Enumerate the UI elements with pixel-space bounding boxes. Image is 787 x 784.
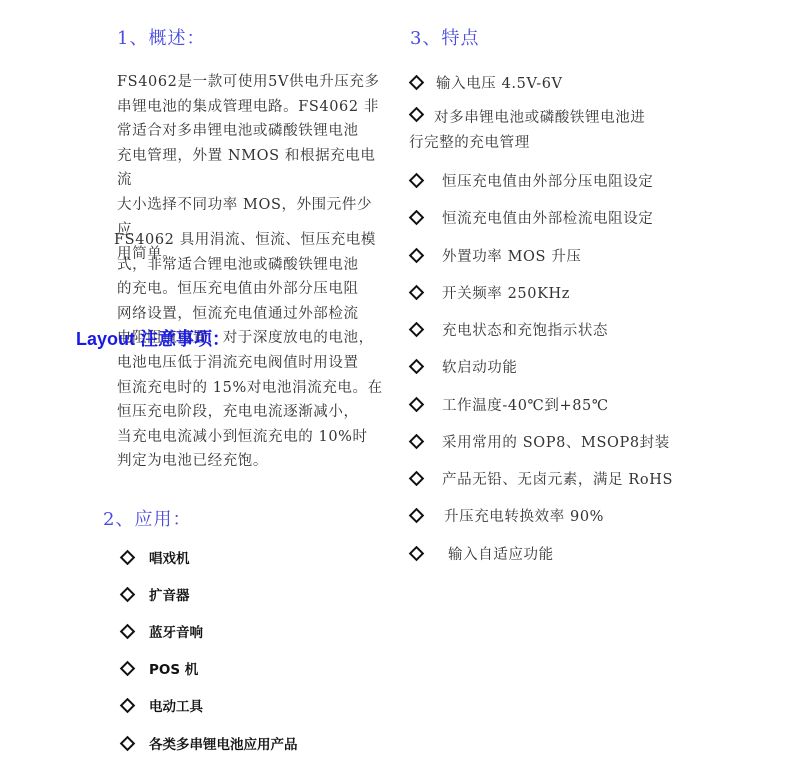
diamond-bullet-icon xyxy=(409,248,425,264)
feature-label: 外置功率 MOS 升压 xyxy=(442,245,582,266)
application-label: 蓝牙音响 xyxy=(149,621,203,641)
diamond-bullet-icon xyxy=(409,434,425,450)
diamond-bullet-icon xyxy=(409,546,425,562)
feature-label: 采用常用的 SOP8、MSOP8封装 xyxy=(442,431,670,452)
diamond-bullet-icon xyxy=(120,623,136,639)
text-line: 恒压充电阶段，充电电流逐渐减小， xyxy=(117,400,392,425)
feature-label: 充电状态和充饱指示状态 xyxy=(442,319,608,340)
text-line: 常适合对多串锂电池或磷酸铁锂电池 xyxy=(117,119,387,144)
feature-label: 输入电压 4.5V-6V xyxy=(436,72,563,93)
overview-heading: 1、概述： xyxy=(117,24,205,50)
diamond-bullet-icon xyxy=(409,107,425,123)
text-line: 判定为电池已经充饱。 xyxy=(117,449,392,474)
application-label: 电动工具 xyxy=(149,695,203,715)
feature-label: 工作温度-40℃到+85℃ xyxy=(442,394,609,415)
application-label: 扩音器 xyxy=(149,584,190,604)
feature-item: 对多串锂电池或磷酸铁锂电池进 行完整的充电管理 xyxy=(411,106,681,156)
text-line: 充电管理，外置 NMOS 和根据充电电流 xyxy=(117,144,387,193)
applications-heading: 2、应用： xyxy=(103,505,191,531)
feature-item: 恒压充电值由外部分压电阻设定 xyxy=(411,170,653,191)
text-line: 当充电电流减小到恒流充电的 10%时 xyxy=(117,425,392,450)
feature-item: 采用常用的 SOP8、MSOP8封装 xyxy=(411,431,670,452)
feature-label: 产品无铅、无卤元素，满足 RoHS xyxy=(442,468,673,489)
diamond-bullet-icon xyxy=(409,285,425,301)
feature-label: 软启动功能 xyxy=(442,356,518,377)
application-item: 电动工具 xyxy=(122,695,203,715)
feature-item: 外置功率 MOS 升压 xyxy=(411,245,582,266)
application-label: 唱戏机 xyxy=(149,547,190,567)
text-line: 的充电。恒压充电值由外部分压电阻 xyxy=(117,277,392,302)
application-item: 扩音器 xyxy=(122,584,190,604)
diamond-bullet-icon xyxy=(409,471,425,487)
feature-label-continued: 行完整的充电管理 xyxy=(409,131,681,156)
feature-item: 输入自适应功能 xyxy=(411,543,554,564)
diamond-bullet-icon xyxy=(409,508,425,524)
text-line: 式，非常适合锂电池或磷酸铁锂电池 xyxy=(117,253,392,278)
text-line: FS4062是一款可使用5V供电升压充多 xyxy=(117,70,387,95)
diamond-bullet-icon xyxy=(409,397,425,413)
text-line: 电池电压低于涓流充电阀值时用设置 xyxy=(117,351,392,376)
feature-item: 恒流充电值由外部检流电阻设定 xyxy=(411,207,653,228)
diamond-bullet-icon xyxy=(120,549,136,565)
application-item: 唱戏机 xyxy=(122,547,190,567)
application-item: POS 机 xyxy=(122,658,198,678)
feature-label: 升压充电转换效率 90% xyxy=(444,505,604,526)
application-item: 蓝牙音响 xyxy=(122,621,203,641)
feature-item: 充电状态和充饱指示状态 xyxy=(411,319,608,340)
application-label: 各类多串锂电池应用产品 xyxy=(149,733,298,753)
feature-label: 恒压充电值由外部分压电阻设定 xyxy=(442,170,653,191)
application-label: POS 机 xyxy=(149,658,198,678)
feature-item: 工作温度-40℃到+85℃ xyxy=(411,394,609,415)
diamond-bullet-icon xyxy=(120,697,136,713)
feature-label: 对多串锂电池或磷酸铁锂电池进 xyxy=(434,110,645,126)
diamond-bullet-icon xyxy=(120,660,136,676)
diamond-bullet-icon xyxy=(120,735,136,751)
feature-label: 输入自适应功能 xyxy=(448,543,554,564)
text-line: 网络设置，恒流充电值通过外部检流 xyxy=(117,302,392,327)
feature-label: 恒流充电值由外部检流电阻设定 xyxy=(442,207,653,228)
text-line: 串锂电池的集成管理电路。FS4062 非 xyxy=(117,95,387,120)
feature-label: 开关频率 250KHz xyxy=(442,282,570,303)
feature-item: 软启动功能 xyxy=(411,356,518,377)
text-line: FS4062 具用涓流、恒流、恒压充电模 xyxy=(114,228,392,253)
feature-item: 产品无铅、无卤元素，满足 RoHS xyxy=(411,468,673,489)
features-heading: 3、特点 xyxy=(410,24,479,50)
diamond-bullet-icon xyxy=(409,359,425,375)
layout-notes-label: Layout 注意事项： xyxy=(76,325,230,351)
text-line: 恒流充电时的 15%对电池涓流充电。在 xyxy=(117,376,392,401)
diamond-bullet-icon xyxy=(409,75,425,91)
diamond-bullet-icon xyxy=(120,586,136,602)
diamond-bullet-icon xyxy=(409,322,425,338)
feature-item: 开关频率 250KHz xyxy=(411,282,570,303)
feature-item: 升压充电转换效率 90% xyxy=(411,505,604,526)
diamond-bullet-icon xyxy=(409,173,425,189)
feature-item: 输入电压 4.5V-6V xyxy=(411,72,563,93)
diamond-bullet-icon xyxy=(409,210,425,226)
application-item: 各类多串锂电池应用产品 xyxy=(122,733,298,753)
